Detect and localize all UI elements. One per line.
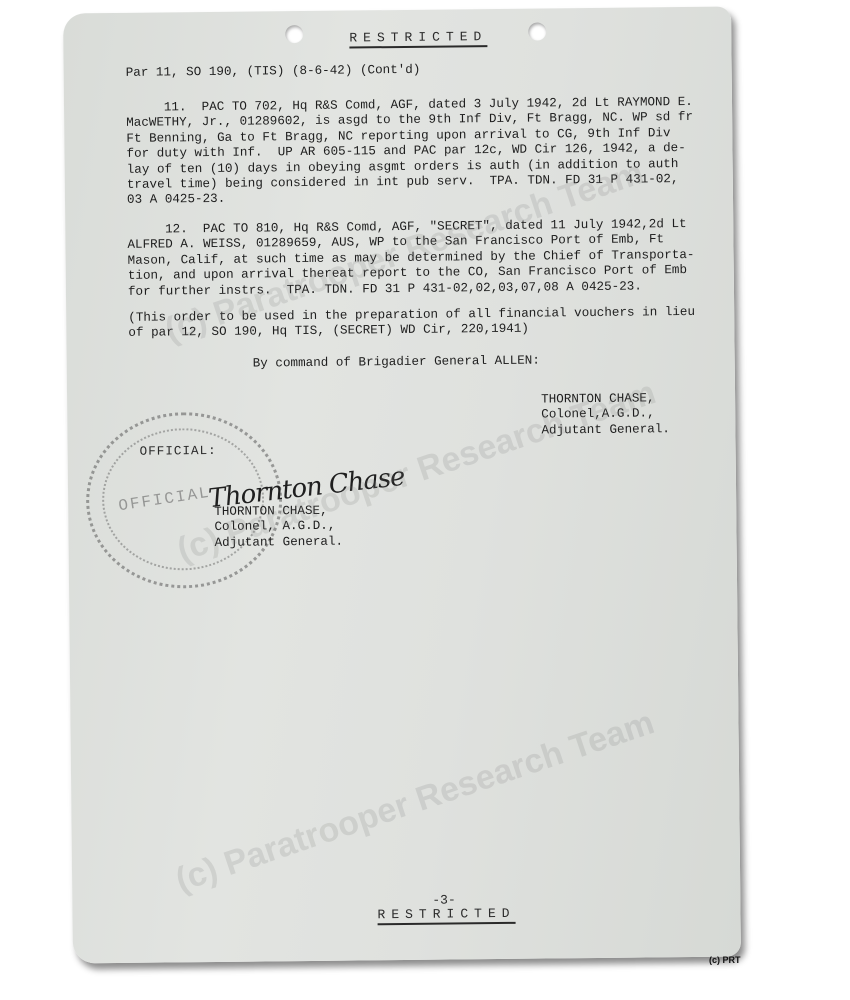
- footer-classification: RESTRICTED: [377, 906, 515, 925]
- copyright-credit: (c) PRT: [709, 955, 741, 965]
- command-line: By command of Brigadier General ALLEN:: [253, 354, 540, 372]
- document-page: RESTRICTED Par 11, SO 190, (TIS) (8-6-42…: [63, 7, 741, 964]
- punch-hole-right: [528, 22, 546, 40]
- punch-hole-left: [285, 25, 303, 43]
- reference-line: Par 11, SO 190, (TIS) (8-6-42) (Cont'd): [126, 63, 421, 81]
- header-classification: RESTRICTED: [349, 29, 487, 48]
- page-number: -3-: [432, 892, 456, 907]
- official-label: OFFICIAL:: [140, 444, 217, 459]
- watermark: (c) Paratrooper Research Team: [171, 703, 659, 900]
